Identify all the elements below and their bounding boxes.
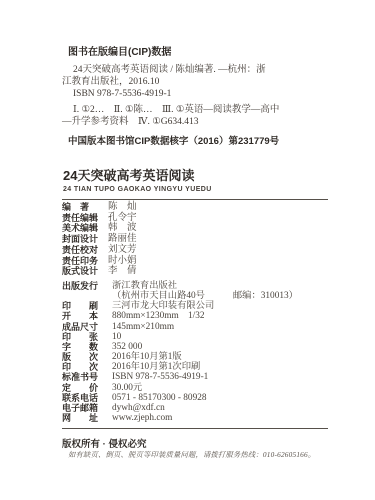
publication-row-impression: 印 次 2016年10月第1次印刷 bbox=[62, 362, 298, 372]
cip-publisher-line: 江教育出版社，2016.10 bbox=[62, 76, 338, 88]
publication-value: 浙江教育出版社 bbox=[112, 281, 177, 291]
credit-value: 李 倩 bbox=[108, 266, 137, 277]
publication-label: 印 刷 bbox=[62, 301, 102, 311]
publication-label: 标准书号 bbox=[62, 372, 102, 382]
publication-row-website: 网 址 www.zjeph.com bbox=[62, 413, 298, 423]
publication-label bbox=[62, 291, 102, 301]
credits-block: 编 著 陈 灿 责任编辑 孔令宇 美术编辑 韩 波 封面设计 路丽佳 责任校对 … bbox=[62, 202, 137, 277]
publication-value: 352 000 bbox=[112, 342, 142, 352]
publication-value: 145mm×210mm bbox=[112, 322, 174, 332]
credit-label: 责任编辑 bbox=[62, 213, 103, 224]
publication-value: 10 bbox=[112, 332, 121, 342]
publication-value: ISBN 978-7-5536-4919-1 bbox=[112, 372, 208, 382]
publication-label: 开 本 bbox=[62, 311, 102, 321]
publication-label: 印 张 bbox=[62, 332, 102, 342]
credit-row-proofreader: 责任校对 刘文芳 bbox=[62, 245, 137, 256]
credit-row-art-editor: 美术编辑 韩 波 bbox=[62, 223, 137, 234]
publication-row-format: 开 本 880mm×1230mm 1/32 bbox=[62, 311, 298, 321]
publication-label: 出版发行 bbox=[62, 281, 102, 291]
publication-row-edition: 版 次 2016年10月第1版 bbox=[62, 352, 298, 362]
publication-label: 版 次 bbox=[62, 352, 102, 362]
publication-value: 30.00元 bbox=[112, 383, 142, 393]
publication-row-printer: 印 刷 三河市龙大印装有限公司 bbox=[62, 301, 298, 311]
credit-row-layout-design: 版式设计 李 倩 bbox=[62, 266, 137, 277]
credit-row-cover-design: 封面设计 路丽佳 bbox=[62, 234, 137, 245]
cip-heading: 图书在版编目(CIP)数据 bbox=[62, 46, 338, 60]
publication-row-trim-size: 成品尺寸 145mm×210mm bbox=[62, 322, 298, 332]
cip-record-number: 中国版本图书馆CIP数据核字（2016）第231779号 bbox=[62, 136, 338, 148]
divider-bottom bbox=[62, 428, 328, 429]
publication-row-email: 电子邮箱 dywh@xdf.cn bbox=[62, 403, 298, 413]
credit-value: 陈 灿 bbox=[108, 202, 137, 213]
credit-row-editor: 责任编辑 孔令宇 bbox=[62, 213, 137, 224]
credit-label: 版式设计 bbox=[62, 266, 103, 277]
credit-label: 责任校对 bbox=[62, 245, 103, 256]
divider-top bbox=[62, 199, 328, 200]
credit-value: 刘文芳 bbox=[108, 245, 137, 256]
publication-block: 出版发行 浙江教育出版社 （杭州市天目山路40号 邮编：310013） 印 刷 … bbox=[62, 281, 298, 423]
credit-value: 路丽佳 bbox=[108, 234, 137, 245]
credit-row-print-manager: 责任印务 时小娟 bbox=[62, 256, 137, 267]
publication-label: 字 数 bbox=[62, 342, 102, 352]
credit-value: 孔令宇 bbox=[108, 213, 137, 224]
cip-classification-line-2: —升学参考资料 Ⅳ. ①G634.413 bbox=[62, 116, 338, 128]
publication-label: 网 址 bbox=[62, 413, 102, 423]
credit-label: 封面设计 bbox=[62, 234, 103, 245]
book-title: 24天突破高考英语阅读 bbox=[63, 168, 339, 183]
publication-value: dywh@xdf.cn bbox=[112, 403, 165, 413]
publication-value: www.zjeph.com bbox=[112, 413, 172, 423]
publication-row-word-count: 字 数 352 000 bbox=[62, 342, 298, 352]
colophon-page: 图书在版编目(CIP)数据 24天突破高考英语阅读 / 陈灿编著. —杭州：浙 … bbox=[0, 0, 375, 500]
cip-title-line: 24天突破高考英语阅读 / 陈灿编著. —杭州：浙 bbox=[62, 64, 338, 76]
cip-isbn-line: ISBN 978-7-5536-4919-1 bbox=[62, 88, 338, 100]
publication-value: 880mm×1230mm 1/32 bbox=[112, 311, 205, 321]
publication-label: 成品尺寸 bbox=[62, 322, 102, 332]
credit-row-author: 编 著 陈 灿 bbox=[62, 202, 137, 213]
credit-value: 时小娟 bbox=[108, 256, 137, 267]
publication-row-publisher: 出版发行 浙江教育出版社 bbox=[62, 281, 298, 291]
credit-label: 编 著 bbox=[62, 202, 103, 213]
publication-value: 三河市龙大印装有限公司 bbox=[112, 301, 214, 311]
publication-row-isbn: 标准书号 ISBN 978-7-5536-4919-1 bbox=[62, 372, 298, 382]
publication-row-price: 定 价 30.00元 bbox=[62, 383, 298, 393]
publication-label: 印 次 bbox=[62, 362, 102, 372]
publication-value: 2016年10月第1次印刷 bbox=[112, 362, 200, 372]
publication-row-phone: 联系电话 0571 - 85170300 - 80928 bbox=[62, 393, 298, 403]
service-hotline-note: 如有缺页、倒页、脱页等印装质量问题，请拨打服务热线：010-62605166。 bbox=[68, 450, 338, 460]
publication-value: 0571 - 85170300 - 80928 bbox=[112, 393, 207, 403]
copyright-notice: 版权所有 · 侵权必究 bbox=[62, 436, 146, 450]
cip-classification-line-1: Ⅰ. ①2… Ⅱ. ①陈… Ⅲ. ①英语—阅读教学—高中 bbox=[62, 104, 338, 116]
book-title-pinyin: 24 TIAN TUPO GAOKAO YINGYU YUEDU bbox=[63, 186, 339, 193]
publication-row-address: （杭州市天目山路40号 邮编：310013） bbox=[62, 291, 298, 301]
publication-label: 定 价 bbox=[62, 383, 102, 393]
title-block: 24天突破高考英语阅读 24 TIAN TUPO GAOKAO YINGYU Y… bbox=[63, 168, 339, 193]
credit-label: 美术编辑 bbox=[62, 223, 103, 234]
credit-value: 韩 波 bbox=[108, 223, 137, 234]
publication-value: 2016年10月第1版 bbox=[112, 352, 182, 362]
credit-label: 责任印务 bbox=[62, 256, 103, 267]
publication-row-sheets: 印 张 10 bbox=[62, 332, 298, 342]
publication-value: （杭州市天目山路40号 邮编：310013） bbox=[112, 291, 298, 301]
cip-block: 图书在版编目(CIP)数据 24天突破高考英语阅读 / 陈灿编著. —杭州：浙 … bbox=[62, 46, 338, 148]
publication-label: 电子邮箱 bbox=[62, 403, 102, 413]
publication-label: 联系电话 bbox=[62, 393, 102, 403]
